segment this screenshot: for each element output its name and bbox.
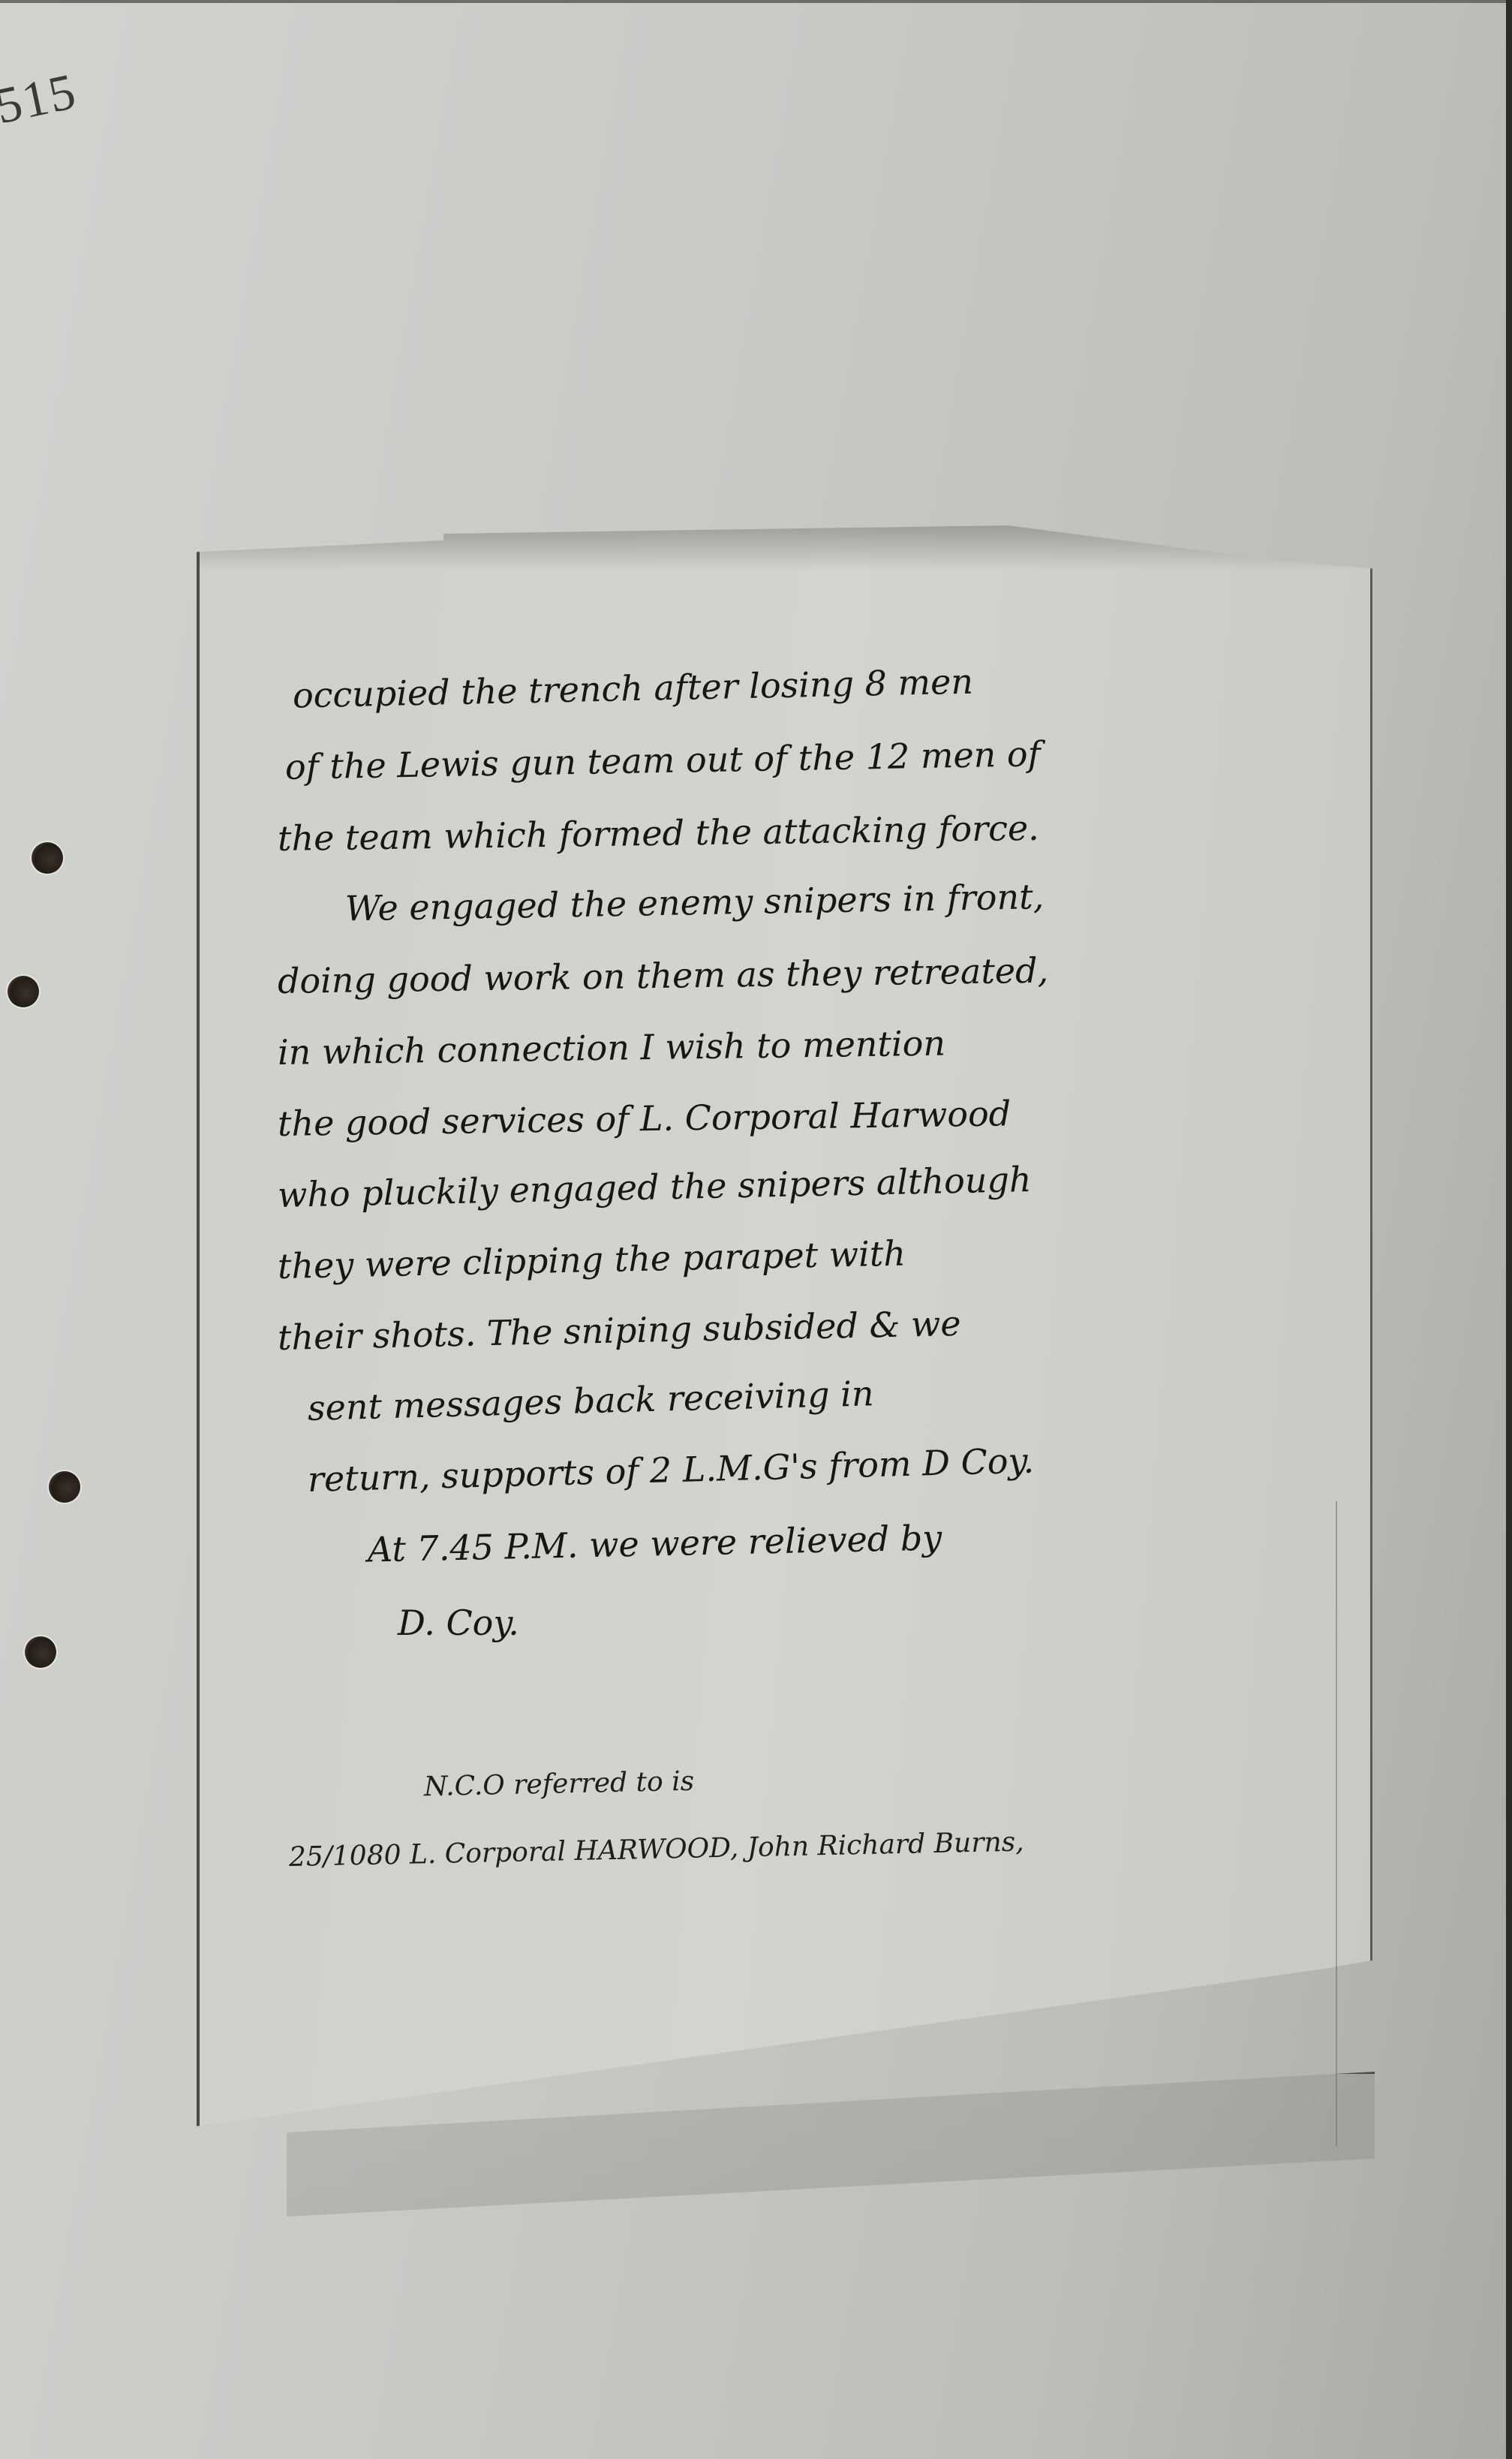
nco-footnote: N.C.O referred to is 25/1080 L. Corporal… — [289, 1756, 1339, 1892]
page-right-edge — [1506, 0, 1512, 2459]
folio-number: 515 — [0, 62, 82, 137]
folded-bottom-strip — [287, 2072, 1375, 2217]
punch-hole — [25, 1636, 56, 1668]
sheet-shadow — [200, 525, 1370, 570]
punch-hole — [49, 1471, 80, 1503]
handwritten-body: occupied the trench after losing 8 men o… — [278, 661, 1343, 1659]
body-line: D. Coy. — [278, 1588, 1343, 1659]
punch-hole — [8, 976, 39, 1007]
punch-hole — [32, 842, 63, 874]
page-top-edge — [0, 0, 1512, 3]
